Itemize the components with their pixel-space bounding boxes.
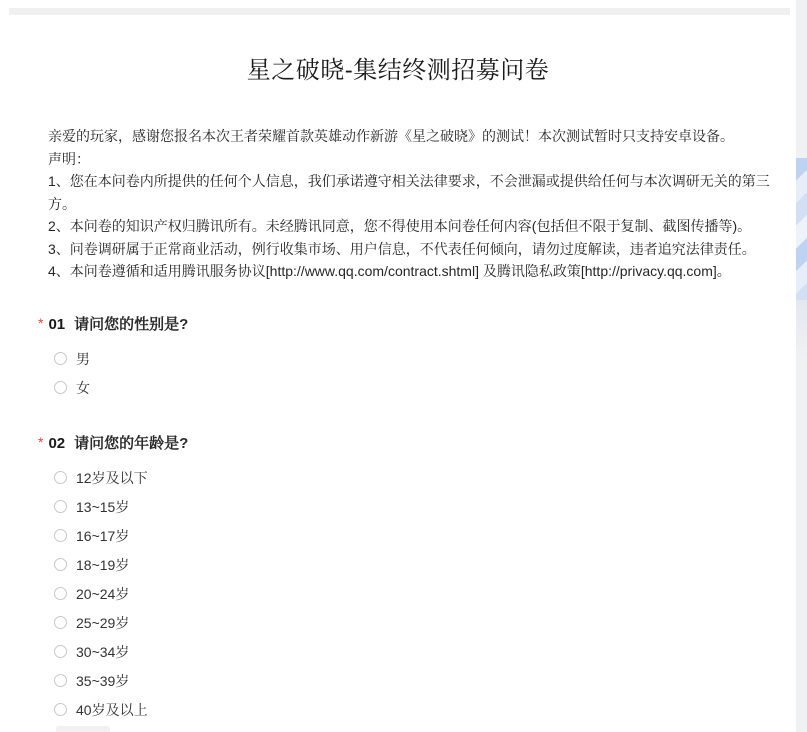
radio-button-icon[interactable]	[54, 381, 67, 394]
radio-option-row[interactable]: 18~19岁	[54, 555, 796, 575]
option-label: 20~24岁	[76, 584, 129, 604]
radio-option-row[interactable]: 13~15岁	[54, 497, 796, 517]
intro-line: 声明：	[48, 148, 782, 171]
diagonal-stripe-pattern	[796, 158, 807, 308]
radio-button-icon[interactable]	[54, 471, 67, 484]
radio-option-row[interactable]: 16~17岁	[54, 526, 796, 546]
radio-button-icon[interactable]	[54, 558, 67, 571]
radio-option-row[interactable]: 20~24岁	[54, 584, 796, 604]
stripe-fade	[796, 300, 807, 360]
question-header: *02请问您的年龄是?	[38, 432, 796, 454]
intro-line: 亲爱的玩家，感谢您报名本次王者荣耀首款英雄动作新游《星之破晓》的测试！本次测试暂…	[48, 125, 782, 148]
radio-option-row[interactable]: 35~39岁	[54, 671, 796, 691]
cutoff-element	[56, 726, 110, 732]
radio-button-icon[interactable]	[54, 500, 67, 513]
radio-option-row[interactable]: 12岁及以下	[54, 468, 796, 488]
question-block: *01请问您的性别是? 男女	[38, 313, 796, 398]
option-label: 25~29岁	[76, 613, 129, 633]
option-group: 男女	[54, 349, 796, 398]
radio-option-row[interactable]: 25~29岁	[54, 613, 796, 633]
question-number: 02	[48, 435, 65, 452]
intro-line: 3、问卷调研属于正常商业活动，例行收集市场、用户信息，不代表任何倾向，请勿过度解…	[48, 238, 782, 261]
option-label: 18~19岁	[76, 555, 129, 575]
survey-intro: 亲爱的玩家，感谢您报名本次王者荣耀首款英雄动作新游《星之破晓》的测试！本次测试暂…	[48, 125, 782, 283]
question-title: 请问您的年龄是?	[74, 435, 188, 452]
option-label: 16~17岁	[76, 526, 129, 546]
option-label: 男	[76, 349, 90, 369]
option-label: 30~34岁	[76, 642, 129, 662]
radio-button-icon[interactable]	[54, 616, 67, 629]
survey-title: 星之破晓-集结终测招募问卷	[0, 55, 796, 87]
option-label: 13~15岁	[76, 497, 129, 517]
radio-button-icon[interactable]	[54, 674, 67, 687]
question-header: *01请问您的性别是?	[38, 313, 796, 335]
question-block: *02请问您的年龄是? 12岁及以下13~15岁16~17岁18~19岁20~2…	[38, 432, 796, 720]
radio-option-row[interactable]: 男	[54, 349, 796, 369]
radio-button-icon[interactable]	[54, 703, 67, 716]
intro-line: 1、您在本问卷内所提供的任何个人信息，我们承诺遵守相关法律要求，不会泄漏或提供给…	[48, 170, 782, 215]
option-label: 12岁及以下	[76, 468, 148, 488]
survey-card: 星之破晓-集结终测招募问卷 亲爱的玩家，感谢您报名本次王者荣耀首款英雄动作新游《…	[0, 0, 796, 729]
radio-button-icon[interactable]	[54, 645, 67, 658]
radio-button-icon[interactable]	[54, 352, 67, 365]
required-asterisk-icon: *	[38, 434, 43, 450]
option-label: 35~39岁	[76, 671, 129, 691]
option-label: 40岁及以上	[76, 700, 148, 720]
page-background-strip	[796, 0, 807, 732]
survey-page: 星之破晓-集结终测招募问卷 亲爱的玩家，感谢您报名本次王者荣耀首款英雄动作新游《…	[0, 0, 807, 732]
intro-line: 2、本问卷的知识产权归腾讯所有。未经腾讯同意，您不得使用本问卷任何内容(包括但不…	[48, 215, 782, 238]
radio-option-row[interactable]: 40岁及以上	[54, 700, 796, 720]
required-asterisk-icon: *	[38, 315, 43, 331]
option-group: 12岁及以下13~15岁16~17岁18~19岁20~24岁25~29岁30~3…	[54, 468, 796, 720]
option-label: 女	[76, 378, 90, 398]
radio-button-icon[interactable]	[54, 529, 67, 542]
question-list: *01请问您的性别是? 男女 *02请问您的年龄是? 12岁及以下13~15岁1…	[0, 313, 796, 720]
radio-option-row[interactable]: 女	[54, 378, 796, 398]
radio-button-icon[interactable]	[54, 587, 67, 600]
question-title: 请问您的性别是?	[74, 316, 188, 333]
radio-option-row[interactable]: 30~34岁	[54, 642, 796, 662]
intro-line: 4、本问卷遵循和适用腾讯服务协议[http://www.qq.com/contr…	[48, 260, 782, 283]
question-number: 01	[48, 316, 65, 333]
